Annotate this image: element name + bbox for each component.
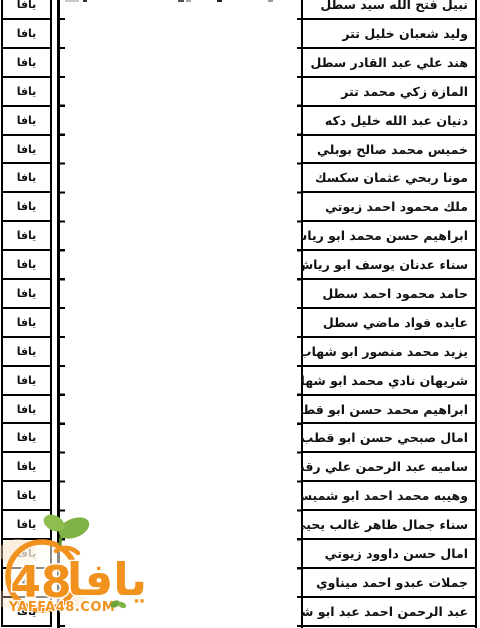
name-cell: ابراهيم حسن محمد ابو رياش bbox=[301, 222, 477, 251]
cut-row-artifact bbox=[186, 0, 191, 2]
name-cell: امال صبحي حسن ابو قطب bbox=[301, 424, 477, 453]
name-cell: سناء عدنان يوسف ابو رياش bbox=[301, 251, 477, 280]
city-cell: يافا bbox=[1, 309, 52, 338]
row-separator-ticks-left bbox=[60, 18, 65, 628]
city-cell: يافا bbox=[1, 569, 52, 598]
city-cell: يافا bbox=[1, 598, 52, 627]
name-cell: جملات عبدو احمد ميناوي bbox=[301, 569, 477, 598]
city-cell: يافا bbox=[1, 280, 52, 309]
names-column: نبيل فتح الله سيد سطلوليد شعبان خليل تتر… bbox=[301, 0, 477, 627]
name-cell: حامد محمود احمد سطل bbox=[301, 280, 477, 309]
city-cell: يافا bbox=[1, 367, 52, 396]
name-cell: المازة زكي محمد تتر bbox=[301, 78, 477, 107]
city-cell: يافا bbox=[1, 20, 52, 49]
cut-row-artifact bbox=[268, 0, 273, 2]
name-cell: يزيد محمد منصور ابو شهاب bbox=[301, 338, 477, 367]
cut-row-artifact bbox=[178, 0, 184, 2]
name-cell: عايده فواد ماضي سطل bbox=[301, 309, 477, 338]
name-cell: هند علي عبد القادر سطل bbox=[301, 49, 477, 78]
city-cell: يافا bbox=[1, 511, 52, 540]
city-cell: يافا bbox=[1, 222, 52, 251]
name-cell: وهيبه محمد احمد ابو شميس bbox=[301, 482, 477, 511]
city-cell: يافا bbox=[1, 540, 52, 569]
sprout-icon bbox=[109, 599, 121, 609]
city-cell: يافا bbox=[1, 338, 52, 367]
city-cell: يافا bbox=[1, 136, 52, 165]
name-cell: ساميه عبد الرحمن علي رقب bbox=[301, 453, 477, 482]
name-cell: امال حسن داوود زيوتي bbox=[301, 540, 477, 569]
city-cell: يافا bbox=[1, 251, 52, 280]
sprout-icon bbox=[117, 601, 127, 610]
name-cell: خميس محمد صالح بوبلي bbox=[301, 136, 477, 165]
city-cell: يافا bbox=[1, 396, 52, 425]
name-cell: ملك محمود احمد زيوتي bbox=[301, 193, 477, 222]
name-cell: وليد شعبان خليل تتر bbox=[301, 20, 477, 49]
city-cell: يافا bbox=[1, 193, 52, 222]
name-cell: عبد الرحمن احمد عبد ابو شهاب bbox=[301, 598, 477, 627]
cut-row-artifact bbox=[217, 0, 222, 2]
cut-row-artifact bbox=[83, 0, 87, 2]
city-cell: يافا bbox=[1, 424, 52, 453]
logo-arabic-name: يافا bbox=[67, 553, 147, 606]
city-cell: يافا bbox=[1, 0, 52, 20]
city-cell: يافا bbox=[1, 453, 52, 482]
name-cell: مونا ربحي عثمان سكسك bbox=[301, 164, 477, 193]
name-cell: سناء جمال طاهر غالب يحيى bbox=[301, 511, 477, 540]
name-cell: شريهان نادي محمد ابو شهاب bbox=[301, 367, 477, 396]
page: يافايافايافايافايافايافايافايافايافايافا… bbox=[0, 0, 480, 628]
city-cell: يافا bbox=[1, 164, 52, 193]
name-cell: دنيان عبد الله خليل دكه bbox=[301, 107, 477, 136]
cut-row-artifact bbox=[65, 0, 79, 2]
city-column: يافايافايافايافايافايافايافايافايافايافا… bbox=[1, 0, 52, 627]
city-cell: يافا bbox=[1, 49, 52, 78]
city-cell: يافا bbox=[1, 482, 52, 511]
city-cell: يافا bbox=[1, 78, 52, 107]
city-cell: يافا bbox=[1, 107, 52, 136]
name-cell: ابراهيم محمد حسن ابو قطب bbox=[301, 396, 477, 425]
name-cell: نبيل فتح الله سيد سطل bbox=[301, 0, 477, 20]
